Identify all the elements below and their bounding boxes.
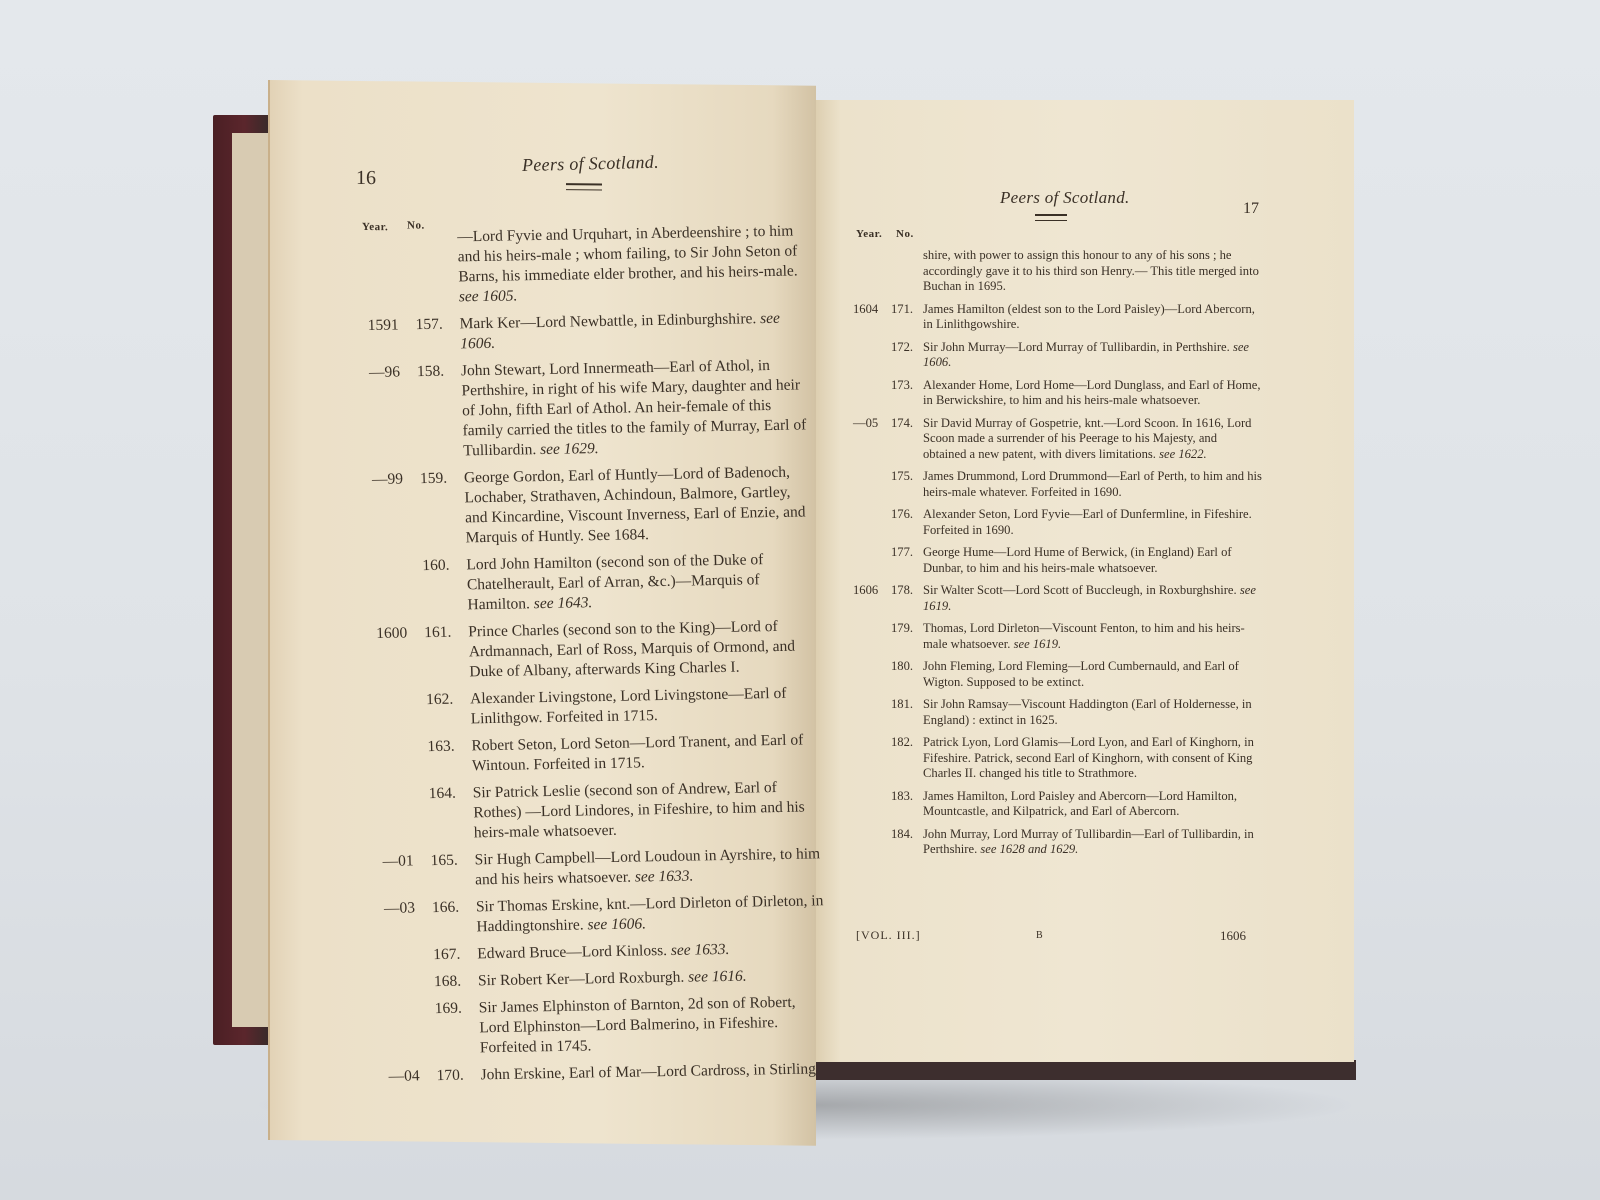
catchword: 1606 <box>1220 928 1246 944</box>
list-item: 164.Sir Patrick Leslie (second son of An… <box>381 777 823 845</box>
list-item: —Lord Fyvie and Urquhart, in Aberdeenshi… <box>365 221 807 309</box>
list-item: 183.James Hamilton, Lord Paisley and Abe… <box>853 789 1263 820</box>
list-item: 163.Robert Seton, Lord Seton—Lord Tranen… <box>379 730 820 778</box>
list-item: 162.Alexander Livingstone, Lord Livingst… <box>378 683 819 731</box>
list-item: 169.Sir James Elphinston of Barnton, 2d … <box>387 992 829 1060</box>
peerage-list: shire, with power to assign this honour … <box>853 248 1263 865</box>
list-item: —01165.Sir Hugh Campbell—Lord Loudoun in… <box>382 844 823 892</box>
list-item: 172.Sir John Murray—Lord Murray of Tulli… <box>853 340 1263 371</box>
list-item: 1604171.James Hamilton (eldest son to th… <box>853 302 1263 333</box>
list-item: —03166.Sir Thomas Erskine, knt.—Lord Dir… <box>384 891 825 939</box>
list-item: —96158.John Stewart, Lord Innermeath—Ear… <box>369 355 812 463</box>
page-number: 16 <box>356 167 376 190</box>
list-item: 179.Thomas, Lord Dirleton—Viscount Fento… <box>853 621 1263 652</box>
column-header-year: Year. <box>856 228 882 240</box>
list-item: —99159.George Gordon, Earl of Huntly—Lor… <box>372 462 814 550</box>
volume-mark: [VOL. III.] <box>856 928 921 943</box>
list-item: 1600161.Prince Charles (second son to th… <box>376 616 818 684</box>
list-item: 181.Sir John Ramsay—Viscount Haddington … <box>853 697 1263 728</box>
running-head: Peers of Scotland. <box>1000 188 1130 208</box>
book-page-block <box>810 1060 1356 1080</box>
list-item: 167.Edward Bruce—Lord Kinloss. see 1633. <box>385 938 825 966</box>
running-head: Peers of Scotland. <box>522 152 660 176</box>
list-item: —05174.Sir David Murray of Gospetrie, kn… <box>853 416 1263 463</box>
list-item: 176.Alexander Seton, Lord Fyvie—Earl of … <box>853 507 1263 538</box>
list-item: shire, with power to assign this honour … <box>853 248 1263 295</box>
peerage-list: —Lord Fyvie and Urquhart, in Aberdeenshi… <box>365 221 829 1094</box>
list-item: 177.George Hume—Lord Hume of Berwick, (i… <box>853 545 1263 576</box>
head-rule <box>1035 214 1067 221</box>
list-item: 1591157.Mark Ker—Lord Newbattle, in Edin… <box>367 308 808 356</box>
list-item: 160.Lord John Hamilton (second son of th… <box>374 549 816 617</box>
list-item: 173.Alexander Home, Lord Home—Lord Dungl… <box>853 378 1263 409</box>
page-17: Peers of Scotland. 17 Year. No. shire, w… <box>808 100 1354 1062</box>
list-item: 184.John Murray, Lord Murray of Tullibar… <box>853 827 1263 858</box>
signature-mark: B <box>1036 930 1043 941</box>
page-16: 16 Peers of Scotland. Year. No. —Lord Fy… <box>268 80 816 1146</box>
list-item: 175.James Drummond, Lord Drummond—Earl o… <box>853 469 1263 500</box>
page-number: 17 <box>1243 200 1259 218</box>
head-rule <box>566 183 602 190</box>
list-item: 168.Sir Robert Ker—Lord Roxburgh. see 16… <box>386 965 826 993</box>
column-header-no: No. <box>896 228 914 240</box>
list-item: 1606178.Sir Walter Scott—Lord Scott of B… <box>853 583 1263 614</box>
list-item: 180.John Fleming, Lord Fleming—Lord Cumb… <box>853 659 1263 690</box>
list-item: —04170.John Erskine, Earl of Mar—Lord Ca… <box>388 1059 828 1087</box>
list-item: 182.Patrick Lyon, Lord Glamis—Lord Lyon,… <box>853 735 1263 782</box>
